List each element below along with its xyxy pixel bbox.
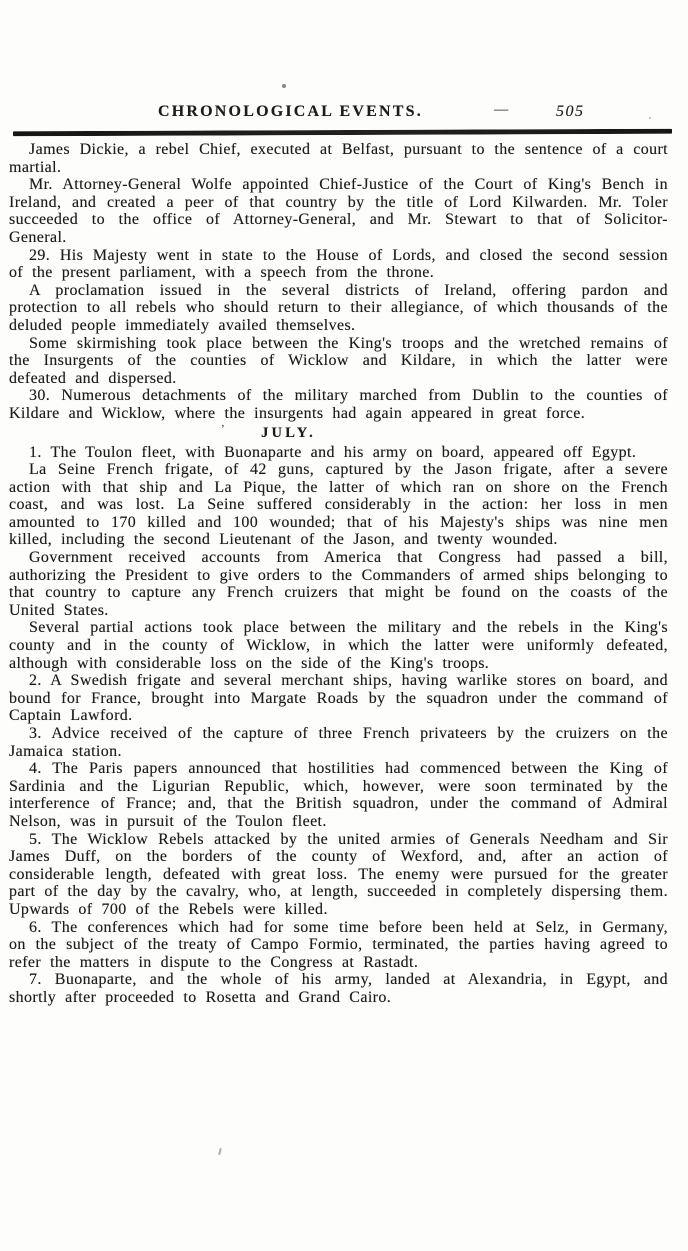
- paragraph-july-2: La Seine French frigate, of 42 guns, cap…: [9, 461, 668, 549]
- paragraph-july-10: 7. Buonaparte, and the whole of his army…: [9, 971, 668, 1006]
- paragraph-july-5: 2. A Swedish frigate and several merchan…: [9, 672, 668, 725]
- paragraph-july-9: 6. The conferences which had for some ti…: [9, 919, 668, 972]
- header-rule: [13, 129, 672, 137]
- paragraph-july-7: 4. The Paris papers announced that hosti…: [9, 760, 668, 830]
- paragraph-june-2: Mr. Attorney-General Wolfe appointed Chi…: [9, 176, 668, 246]
- paragraph-july-4: Several partial actions took place betwe…: [9, 619, 668, 672]
- page-content: James Dickie, a rebel Chief, executed at…: [9, 141, 668, 1007]
- paragraph-july-1: 1. The Toulon fleet, with Buonaparte and…: [9, 444, 668, 462]
- ink-blot-mark: ’: [221, 420, 225, 438]
- paragraph-june-3: 29. His Majesty went in state to the Hou…: [9, 247, 668, 282]
- scan-speck: [282, 84, 286, 88]
- running-header: CHRONOLOGICAL EVENTS. — 505: [0, 103, 688, 125]
- section-heading-july: ’ JULY.: [9, 424, 568, 442]
- header-dash-mark: —: [494, 101, 508, 119]
- paragraph-june-6: 30. Numerous detachments of the military…: [9, 387, 668, 422]
- paragraph-july-8: 5. The Wicklow Rebels attacked by the un…: [9, 831, 668, 919]
- section-heading-july-label: JULY.: [261, 425, 316, 441]
- page-number: 505: [556, 103, 585, 121]
- paragraph-june-1: James Dickie, a rebel Chief, executed at…: [9, 141, 668, 176]
- paragraph-june-4: A proclamation issued in the several dis…: [9, 282, 668, 335]
- book-page: CHRONOLOGICAL EVENTS. — 505 James Dickie…: [0, 0, 688, 1251]
- scan-speck: [649, 117, 651, 119]
- scan-speck: [218, 1148, 221, 1155]
- paragraph-july-6: 3. Advice received of the capture of thr…: [9, 725, 668, 760]
- paragraph-july-3: Government received accounts from Americ…: [9, 549, 668, 619]
- paragraph-june-5: Some skirmishing took place between the …: [9, 335, 668, 388]
- running-header-title: CHRONOLOGICAL EVENTS.: [158, 103, 423, 121]
